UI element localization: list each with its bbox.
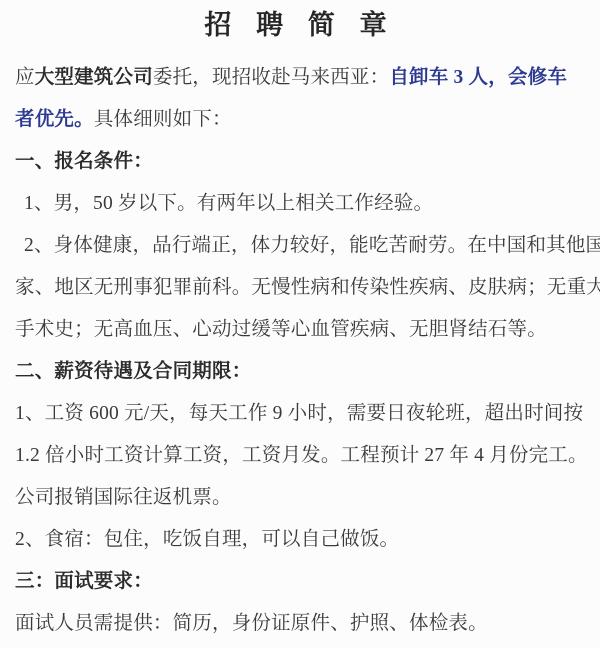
text-segment: 面试人员需提供：简历，身份证原件、护照、体检表。: [15, 613, 488, 634]
text-line: 手术史；无高血压、心动过缓等心血管疾病、无胆肾结石等。: [15, 309, 586, 351]
text-segment: 应: [15, 67, 35, 88]
text-line: 2、身体健康，品行端正，体力较好，能吃苦耐劳。在中国和其他国: [15, 225, 586, 267]
text-line: 者优先。具体细则如下：: [15, 99, 586, 141]
text-segment: 1.2 倍小时工资计算工资，工资月发。工程预计 27 年 4 月份完工。: [15, 445, 588, 466]
section-heading: 三：面试要求：: [15, 561, 586, 603]
page-title: 招 聘 简 章: [0, 0, 600, 44]
recruitment-notice: 招 聘 简 章 应大型建筑公司委托，现招收赴马来西亚：自卸车 3 人，会修车者优…: [0, 0, 600, 648]
text-segment: 家、地区无刑事犯罪前科。无慢性病和传染性疾病、皮肤病；无重大: [15, 277, 600, 298]
text-line: 应大型建筑公司委托，现招收赴马来西亚：自卸车 3 人，会修车: [15, 57, 586, 99]
text-segment: 公司报销国际往返机票。: [15, 487, 232, 508]
text-segment: 三：面试要求：: [15, 571, 153, 592]
text-line: 公司报销国际往返机票。: [15, 477, 586, 519]
text-segment: 1、工资 600 元/天，每天工作 9 小时，需要日夜轮班，超出时间按: [15, 403, 583, 424]
text-segment: 具体细则如下：: [94, 109, 232, 130]
text-segment: 一、报名条件：: [15, 151, 153, 172]
text-segment: 大型建筑公司: [35, 67, 153, 88]
text-segment: 1、男，50 岁以下。有两年以上相关工作经验。: [24, 193, 433, 214]
text-segment: 2、食宿：包住，吃饭自理，可以自己做饭。: [15, 529, 399, 550]
text-line: 面试人员需提供：简历，身份证原件、护照、体检表。: [15, 603, 586, 645]
text-segment: 手术史；无高血压、心动过缓等心血管疾病、无胆肾结石等。: [15, 319, 547, 340]
section-heading: 二、薪资待遇及合同期限：: [15, 351, 586, 393]
text-segment: 者优先。: [15, 109, 94, 130]
text-line: 1、男，50 岁以下。有两年以上相关工作经验。: [15, 183, 586, 225]
text-segment: 自卸车 3 人，会修车: [389, 67, 567, 88]
document-body: 应大型建筑公司委托，现招收赴马来西亚：自卸车 3 人，会修车者优先。具体细则如下…: [0, 57, 600, 645]
text-line: 1.2 倍小时工资计算工资，工资月发。工程预计 27 年 4 月份完工。: [15, 435, 586, 477]
text-segment: 2、身体健康，品行端正，体力较好，能吃苦耐劳。在中国和其他国: [24, 235, 600, 256]
text-segment: 委托，现招收赴马来西亚：: [153, 67, 389, 88]
text-segment: 二、薪资待遇及合同期限：: [15, 361, 251, 382]
text-line: 2、食宿：包住，吃饭自理，可以自己做饭。: [15, 519, 586, 561]
text-line: 1、工资 600 元/天，每天工作 9 小时，需要日夜轮班，超出时间按: [15, 393, 586, 435]
section-heading: 一、报名条件：: [15, 141, 586, 183]
text-line: 家、地区无刑事犯罪前科。无慢性病和传染性疾病、皮肤病；无重大: [15, 267, 586, 309]
